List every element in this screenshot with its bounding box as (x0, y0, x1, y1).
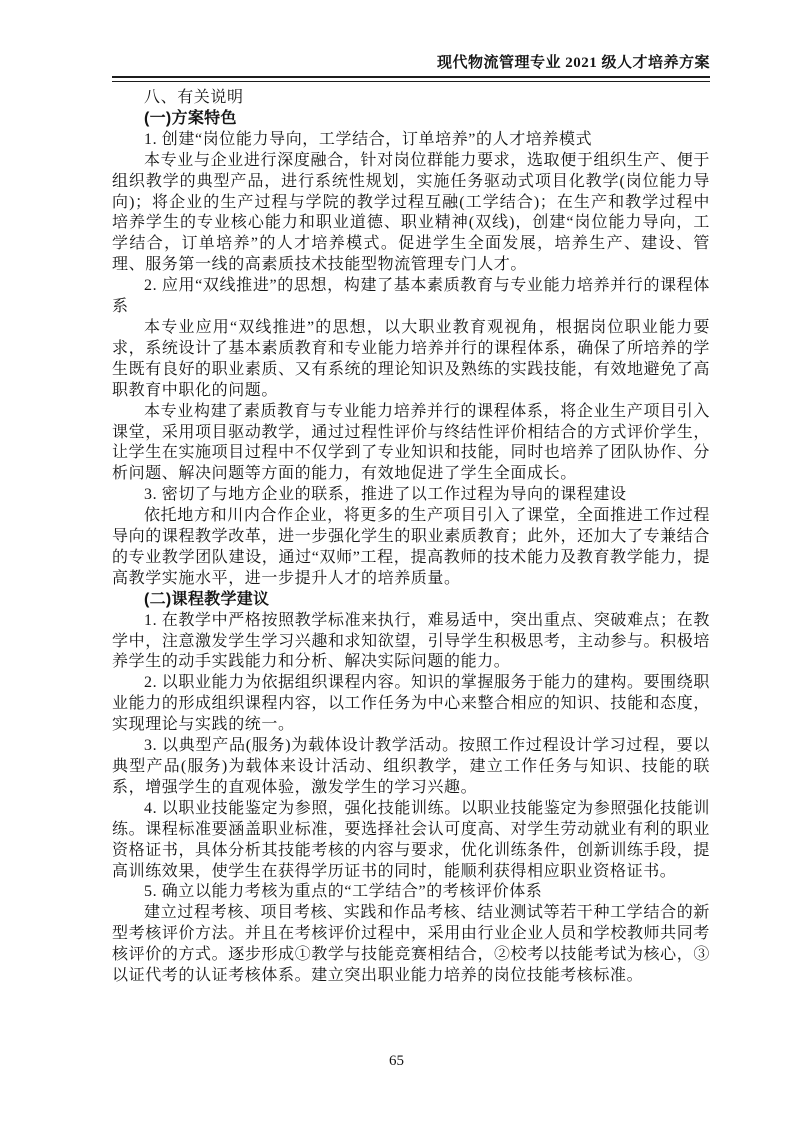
paragraph: 4. 以职业技能鉴定为参照，强化技能训练。以职业技能鉴定为参照强化技能训练。课程… (112, 799, 710, 883)
page-footer: 65 (0, 1051, 793, 1071)
page-number: 65 (389, 1053, 404, 1069)
paragraph: 依托地方和川内合作企业，将更多的生产项目引入了课堂，全面推进工作过程导向的课程教… (112, 506, 710, 590)
paragraph: 2. 以职业能力为依据组织课程内容。知识的掌握服务于能力的建构。要围绕职业能力的… (112, 673, 710, 736)
paragraph: 3. 以典型产品(服务)为载体设计教学活动。按照工作过程设计学习过程，要以典型产… (112, 736, 710, 799)
paragraph: 本专业与企业进行深度融合，针对岗位群能力要求，选取便于组织生产、便于组织教学的典… (112, 151, 710, 276)
header-double-rule (112, 76, 710, 82)
paragraph: 1. 创建“岗位能力导向，工学结合，订单培养”的人才培养模式 (112, 130, 710, 151)
paragraph: 2. 应用“双线推进”的思想，构建了基本素质教育与专业能力培养并行的课程体系 (112, 276, 710, 318)
section-heading: (二)课程教学建议 (112, 590, 710, 611)
paragraph: 5. 确立以能力考核为重点的“工学结合”的考核评价体系 (112, 882, 710, 903)
paragraph: 八、有关说明 (112, 88, 710, 109)
paragraph: 1. 在教学中严格按照教学标准来执行，难易适中，突出重点、突破难点；在教学中，注… (112, 611, 710, 674)
paragraph: 本专业应用“双线推进”的思想，以大职业教育观视角，根据岗位职业能力要求，系统设计… (112, 318, 710, 402)
header-title: 现代物流管理专业 2021 级人才培养方案 (112, 53, 710, 73)
paragraph: 3. 密切了与地方企业的联系，推进了以工作过程为导向的课程建设 (112, 485, 710, 506)
document-body: 八、有关说明(一)方案特色1. 创建“岗位能力导向，工学结合，订单培养”的人才培… (112, 88, 710, 987)
section-heading: (一)方案特色 (112, 109, 710, 130)
page-header: 现代物流管理专业 2021 级人才培养方案 (112, 53, 710, 82)
paragraph: 建立过程考核、项目考核、实践和作品考核、结业测试等若干种工学结合的新型考核评价方… (112, 903, 710, 987)
document-page: 现代物流管理专业 2021 级人才培养方案 八、有关说明(一)方案特色1. 创建… (0, 0, 793, 1122)
paragraph: 本专业构建了素质教育与专业能力培养并行的课程体系，将企业生产项目引入课堂，采用项… (112, 402, 710, 486)
